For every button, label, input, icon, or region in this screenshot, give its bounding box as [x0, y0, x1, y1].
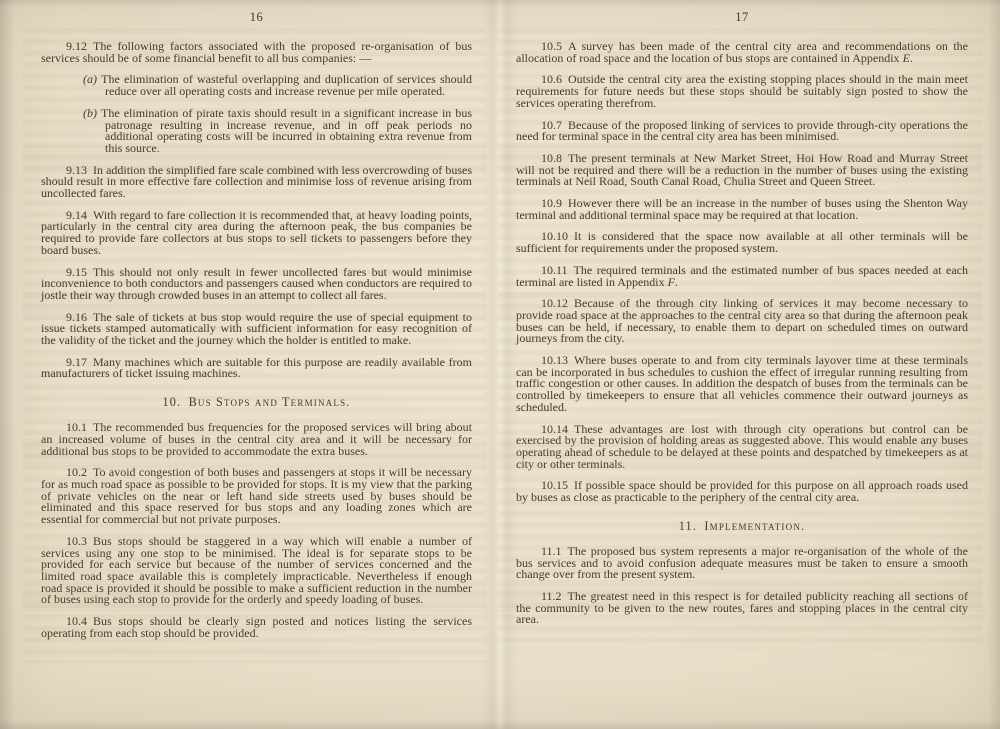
paragraph: 10.12 Because of the through city linkin…	[516, 298, 968, 345]
paragraph: 10.1 The recommended bus frequencies for…	[41, 422, 472, 457]
paragraph: 9.14 With regard to fare collection it i…	[41, 210, 472, 257]
paragraph: 10.4 Bus stops should be clearly sign po…	[41, 616, 472, 639]
paragraph: 10.9 However there will be an increase i…	[516, 198, 968, 221]
paragraph: 9.16 The sale of tickets at bus stop wou…	[41, 312, 472, 347]
item-marker: (b)	[83, 106, 101, 120]
paragraph: 11.2 The greatest need in this respect i…	[516, 591, 968, 626]
book-gutter-shadow	[482, 0, 518, 729]
page-16: 16 9.12 The following factors associated…	[41, 10, 472, 649]
paragraph: 11.1 The proposed bus system represents …	[516, 546, 968, 581]
paragraph: 9.15 This should not only result in fewe…	[41, 267, 472, 302]
paragraph: 10.2 To avoid congestion of both buses a…	[41, 467, 472, 526]
paragraph: 10.8 The present terminals at New Market…	[516, 153, 968, 188]
paragraph: 9.12 The following factors associated wi…	[41, 41, 472, 64]
paragraph: 9.13 In addition the simplified fare sca…	[41, 165, 472, 200]
paragraph: 10.14 These advantages are lost with thr…	[516, 424, 968, 471]
section-heading: 10. Bus Stops and Terminals.	[41, 396, 472, 409]
paragraph: 10.5 A survey has been made of the centr…	[516, 41, 968, 64]
paragraph: 10.6 Outside the central city area the e…	[516, 74, 968, 109]
list-item: (b) The elimination of pirate taxis shou…	[83, 108, 472, 155]
paragraph: 10.10 It is considered that the space no…	[516, 231, 968, 254]
list-item: (a) The elimination of wasteful overlapp…	[83, 74, 472, 97]
page-17: 17 10.5 A survey has been made of the ce…	[516, 10, 968, 636]
section-heading: 11. Implementation.	[516, 520, 968, 533]
page-17-content: 10.5 A survey has been made of the centr…	[516, 41, 968, 626]
page-number: 16	[41, 10, 472, 24]
paragraph: 10.11 The required terminals and the est…	[516, 265, 968, 288]
page-number: 17	[516, 10, 968, 24]
paragraph: 10.15 If possible space should be provid…	[516, 480, 968, 503]
paragraph: 10.13 Where buses operate to and from ci…	[516, 355, 968, 414]
book-scan: 16 9.12 The following factors associated…	[0, 0, 1000, 729]
item-marker: (a)	[83, 72, 101, 86]
paragraph: 10.7 Because of the proposed linking of …	[516, 120, 968, 143]
page-16-content: 9.12 The following factors associated wi…	[41, 41, 472, 639]
paragraph: 10.3 Bus stops should be staggered in a …	[41, 536, 472, 606]
paragraph: 9.17 Many machines which are suitable fo…	[41, 357, 472, 380]
